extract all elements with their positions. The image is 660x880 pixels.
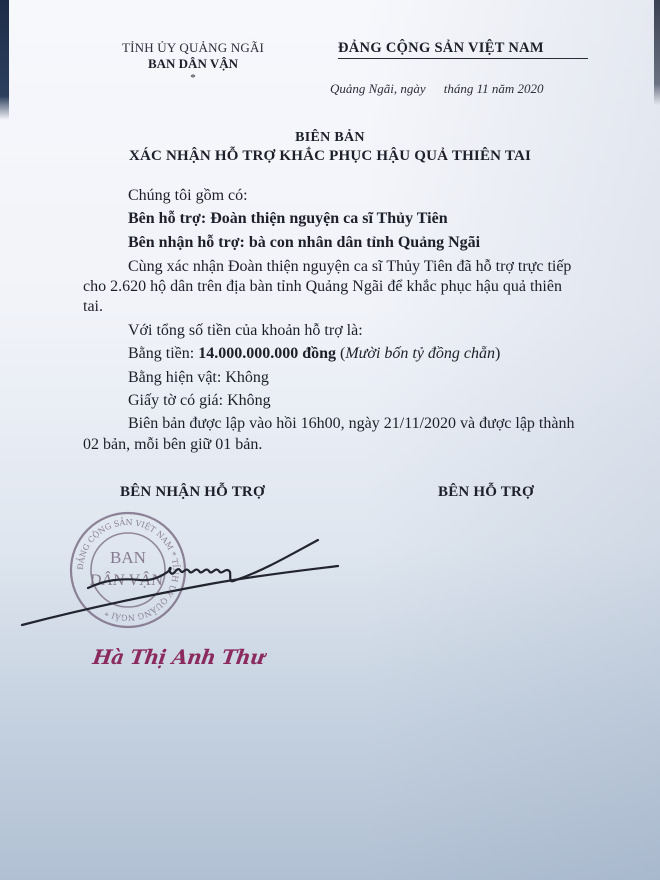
confirm-line-1: Cùng xác nhận Đoàn thiện nguyện ca sĩ Th…: [128, 256, 571, 278]
department-name: BAN DÂN VẬN: [118, 56, 268, 72]
closing-line-1: Biên bản được lập vào hồi 16h00, ngày 21…: [128, 413, 574, 435]
issuing-organization: TỈNH ỦY QUẢNG NGÃI BAN DÂN VẬN *: [118, 40, 268, 84]
motto-text: ĐẢNG CỘNG SẢN VIỆT NAM: [338, 40, 544, 56]
org-name: TỈNH ỦY QUẢNG NGÃI: [118, 40, 268, 56]
supporter-line: Bên hỗ trợ: Đoàn thiện nguyện ca sĩ Thủy…: [128, 208, 448, 230]
date-month-year: tháng 11 năm 2020: [444, 81, 544, 96]
closing-line-2: 02 bản, mỗi bên giữ 01 bản.: [83, 434, 262, 456]
intro-line: Chúng tôi gồm có:: [128, 185, 248, 207]
cash-amount: 14.000.000.000 đồng: [198, 345, 336, 362]
valuable-papers-line: Giấy tờ có giá: Không: [128, 390, 271, 412]
cash-amount-words: Mười bốn tỷ đồng chẵn: [345, 345, 495, 362]
handwritten-signature: [0, 500, 360, 640]
document-subtitle: XÁC NHẬN HỖ TRỢ KHẮC PHỤC HẬU QUẢ THIÊN …: [0, 148, 660, 165]
supporter-signature-heading: BÊN HỖ TRỢ: [438, 484, 534, 501]
photo-edge-right: [654, 0, 660, 105]
confirm-line-2: cho 2.620 hộ dân trên địa bàn tỉnh Quảng…: [83, 276, 562, 298]
photo-edge-left: [0, 0, 9, 120]
party-motto: ĐẢNG CỘNG SẢN VIỆT NAM: [338, 40, 588, 59]
confirm-line-3: tai.: [83, 296, 103, 318]
document-title: BIÊN BẢN: [0, 130, 660, 146]
header-star-mark: *: [118, 72, 268, 84]
date-line: Quảng Ngãi, ngàytháng 11 năm 2020: [330, 81, 544, 97]
cash-label: Bằng tiền:: [128, 345, 198, 362]
motto-underline: [338, 58, 588, 59]
total-intro-line: Với tổng số tiền của khoản hỗ trợ là:: [128, 320, 363, 342]
in-kind-line: Bằng hiện vật: Không: [128, 367, 269, 389]
date-place: Quảng Ngãi, ngày: [330, 81, 426, 96]
recipient-signature-heading: BÊN NHẬN HỖ TRỢ: [120, 484, 265, 501]
paren-open: (: [336, 345, 345, 362]
recipient-line: Bên nhận hỗ trợ: bà con nhân dân tỉnh Qu…: [128, 232, 480, 254]
signer-name: Hà Thị Anh Thư: [91, 645, 266, 669]
paren-close: ): [495, 345, 500, 362]
cash-line: Bằng tiền: 14.000.000.000 đồng (Mười bốn…: [128, 343, 500, 365]
